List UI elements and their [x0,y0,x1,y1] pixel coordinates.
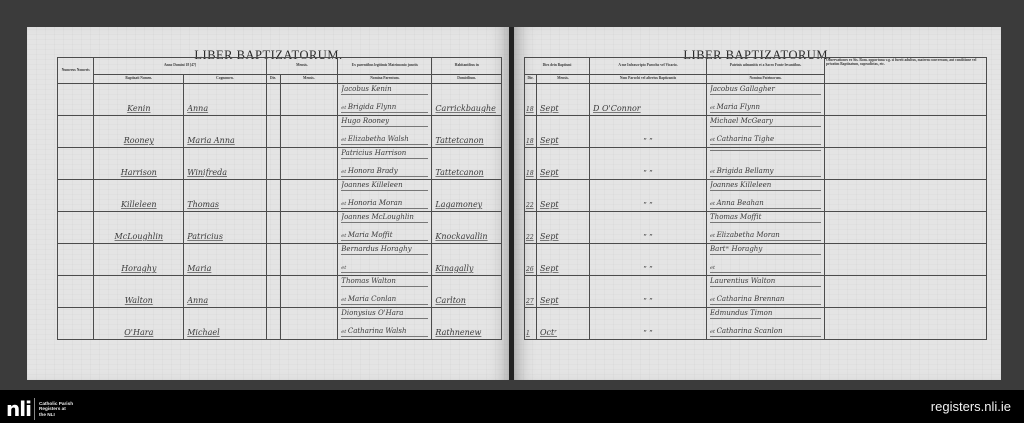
observations-cell [825,148,987,180]
col-header-habitantibus: Habitantibus in [432,58,502,75]
forename: Michael [187,328,262,337]
forename: Maria [187,264,262,273]
father-name: Joannes Killeleen [341,181,428,191]
observations-cell [825,116,987,148]
surname: Walton [97,296,180,305]
register-row: 18 Sept ” ” Brigida Bellamy [525,148,987,180]
left-page: LIBER BAPTIZATORUM. Numerus Nomeris Anno… [27,27,510,380]
surname: O'Hara [97,328,180,337]
forename: Anna [187,296,262,305]
residence: Lagamoney [435,200,498,209]
mother-name: Brigida Flynn [341,103,428,113]
baptism-day: 18 [526,106,536,113]
godfather-name: Thomas Moffit [710,213,821,223]
nli-logo-mark: nli [6,400,31,418]
surname: Horaghy [97,264,180,273]
surname: Rooney [97,136,180,145]
baptism-day: 18 [526,170,536,177]
baptism-month: Sept [540,104,586,113]
register-row: O'Hara Michael Dionysius O'HaraCatharina… [58,308,502,340]
baptism-day: 18 [526,138,536,145]
register-row: 27 Sept ” ” Laurentius WaltonCatharina B… [525,276,987,308]
baptism-month: Sept [540,232,586,241]
priest-name-ditto: ” ” [643,329,652,337]
father-name: Thomas Walton [341,277,428,287]
logo-text-line: the NLI [39,412,73,418]
col-header-nomina-parentum: Nomina Parentum. [338,75,432,84]
baptism-month: Sept [540,168,586,177]
forename: Thomas [187,200,262,209]
register-row: 22 Sept ” ” Joannes KilleleenAnna Beahan [525,180,987,212]
godmother-name: Brigida Bellamy [710,167,821,177]
col-header-domicilium: Domicilium. [432,75,502,84]
residence: Tattetcanon [435,136,498,145]
col-header-nomina-patrinorum: Nomina Patrinorum. [707,75,825,84]
mother-name: Catharina Walsh [341,327,428,337]
father-name: Joannes McLoughlin [341,213,428,223]
register-row: 1 Octʳ ” ” Edmundus TimonCatharina Scanl… [525,308,987,340]
baptism-day: 22 [526,202,536,209]
register-row: 18 Sept ” ” Michael McGearyCatharina Tig… [525,116,987,148]
father-name: Bernardus Horaghy [341,245,428,255]
register-row: 26 Sept ” ” Bartʷ Horaghy [525,244,987,276]
forename: Maria Anna [187,136,262,145]
register-row: Kenin Anna Jacobus KeninBrigida Flynn Ca… [58,84,502,116]
priest-name-ditto: ” ” [643,233,652,241]
col-header-a-me: A me Infrascripto Parocho vel Vicario. [590,58,707,75]
register-row: Harrison Winifreda Patricius HarrisonHon… [58,148,502,180]
baptism-day: 27 [526,298,536,305]
godmother-name: Maria Flynn [710,103,821,113]
baptism-day: 1 [526,330,536,337]
godmother-name: Catharina Brennan [710,295,821,305]
col-header-cognomen: Cognomen. [184,75,266,84]
baptism-month: Sept [540,264,586,273]
godmother-name: Elizabetha Moran [710,231,821,241]
residence: Carlton [435,296,498,305]
priest-name-ditto: ” ” [643,265,652,273]
col-header-mensis-group: Mensis. [266,58,338,75]
register-row: Walton Anna Thomas WaltonMaria Conlan Ca… [58,276,502,308]
register-row: Killeleen Thomas Joannes KilleleenHonori… [58,180,502,212]
col-header-dies-baptismi: Dies dein Baptismi [525,58,590,75]
col-header-numerus: Numerus Nomeris [58,58,94,84]
godmother-name: Catharina Scanlon [710,327,821,337]
father-name: Hugo Rooney [341,117,428,127]
observations-cell [825,212,987,244]
surname: Kenin [97,104,180,113]
godmother-name: Catharina Tighe [710,135,821,145]
nli-logo-text: Catholic Parish Registers at the NLI [39,401,73,418]
godfather-name: Edmundus Timon [710,309,821,319]
mother-name: Honoria Moran [341,199,428,209]
mother-name: Elizabetha Walsh [341,135,428,145]
right-page: LIBER BAPTIZATORUM. Dies dein Baptismi A… [514,27,1001,380]
godfather-name: Laurentius Walton [710,277,821,287]
residence: Rathnenew [435,328,498,337]
register-row: Horaghy Maria Bernardus Horaghy Kinagall… [58,244,502,276]
baptism-register-left-table: Numerus Nomeris Anno Domini 18 [47] Mens… [57,57,502,340]
observations-cell [825,244,987,276]
priest-name-ditto: ” ” [643,169,652,177]
father-name: Dionysius O'Hara [341,309,428,319]
mother-name [341,263,428,273]
godfather-name: Bartʷ Horaghy [710,245,821,255]
baptism-month: Sept [540,136,586,145]
mother-name: Honora Brady [341,167,428,177]
nli-logo[interactable]: nli Catholic Parish Registers at the NLI [6,398,73,420]
father-name: Patricius Harrison [341,149,428,159]
col-header-baptizati-nomen: Baptizati Nomen. [94,75,184,84]
baptism-day: 26 [526,266,536,273]
register-row: 18 Sept D O'Connor Jacobus GallagherMari… [525,84,987,116]
priest-name-ditto: ” ” [643,297,652,305]
baptism-day: 22 [526,234,536,241]
godfather-name: Joannes Killeleen [710,181,821,191]
col-header-mensis: Mensis. [280,75,338,84]
observations-cell [825,308,987,340]
footer-bar: nli Catholic Parish Registers at the NLI… [0,390,1024,423]
baptism-register-right-table: Dies dein Baptismi A me Infrascripto Par… [524,57,987,340]
residence: Tattetcanon [435,168,498,177]
col-header-dies: Die. [266,75,280,84]
observations-cell [825,84,987,116]
forename: Patricius [187,232,262,241]
forename: Anna [187,104,262,113]
col-header-die: Die. [525,75,537,84]
col-header-mensis: Mensis. [537,75,590,84]
baptism-month: Sept [540,296,586,305]
col-header-patrinis: Patrinis admonitis et a Sacro Fonte leva… [707,58,825,75]
godfather-name: Michael McGeary [710,117,821,127]
godmother-name: Anna Beahan [710,199,821,209]
priest-name-ditto: ” ” [643,201,652,209]
mother-name: Maria Conlan [341,295,428,305]
mother-name: Maria Moffit [341,231,428,241]
godfather-name: Jacobus Gallagher [710,85,821,95]
image-viewer: LIBER BAPTIZATORUM. Numerus Nomeris Anno… [0,0,1024,390]
father-name: Jacobus Kenin [341,85,428,95]
baptism-month: Sept [540,200,586,209]
surname: McLoughlin [97,232,180,241]
priest-name-ditto: ” ” [643,137,652,145]
residence: Kinagally [435,264,498,273]
col-header-observations: Observationes ex Sis. Rom. opportuna v.g… [825,58,987,84]
observations-cell [825,276,987,308]
priest-name: D O'Connor [593,104,703,113]
col-header-ex-parentibus: Ex parentibus legitimis Matrimonio junct… [338,58,432,75]
observations-cell [825,180,987,212]
baptism-month: Octʳ [540,328,586,337]
residence: Knockavallin [435,232,498,241]
col-header-nomen-parochi: Nom Parochi vel alterius Baptizantis [590,75,707,84]
register-row: Rooney Maria Anna Hugo RooneyElizabetha … [58,116,502,148]
godmother-name [710,263,821,273]
register-row: McLoughlin Patricius Joannes McLoughlinM… [58,212,502,244]
surname: Harrison [97,168,180,177]
site-url-link[interactable]: registers.nli.ie [931,399,1011,414]
godfather-name [710,149,821,151]
residence: Carrickbaughe [435,104,498,113]
logo-divider [34,398,35,420]
forename: Winifreda [187,168,262,177]
register-row: 22 Sept ” ” Thomas MoffitElizabetha Mora… [525,212,987,244]
surname: Killeleen [97,200,180,209]
col-header-anno-domini: Anno Domini 18 [47] [94,58,266,75]
